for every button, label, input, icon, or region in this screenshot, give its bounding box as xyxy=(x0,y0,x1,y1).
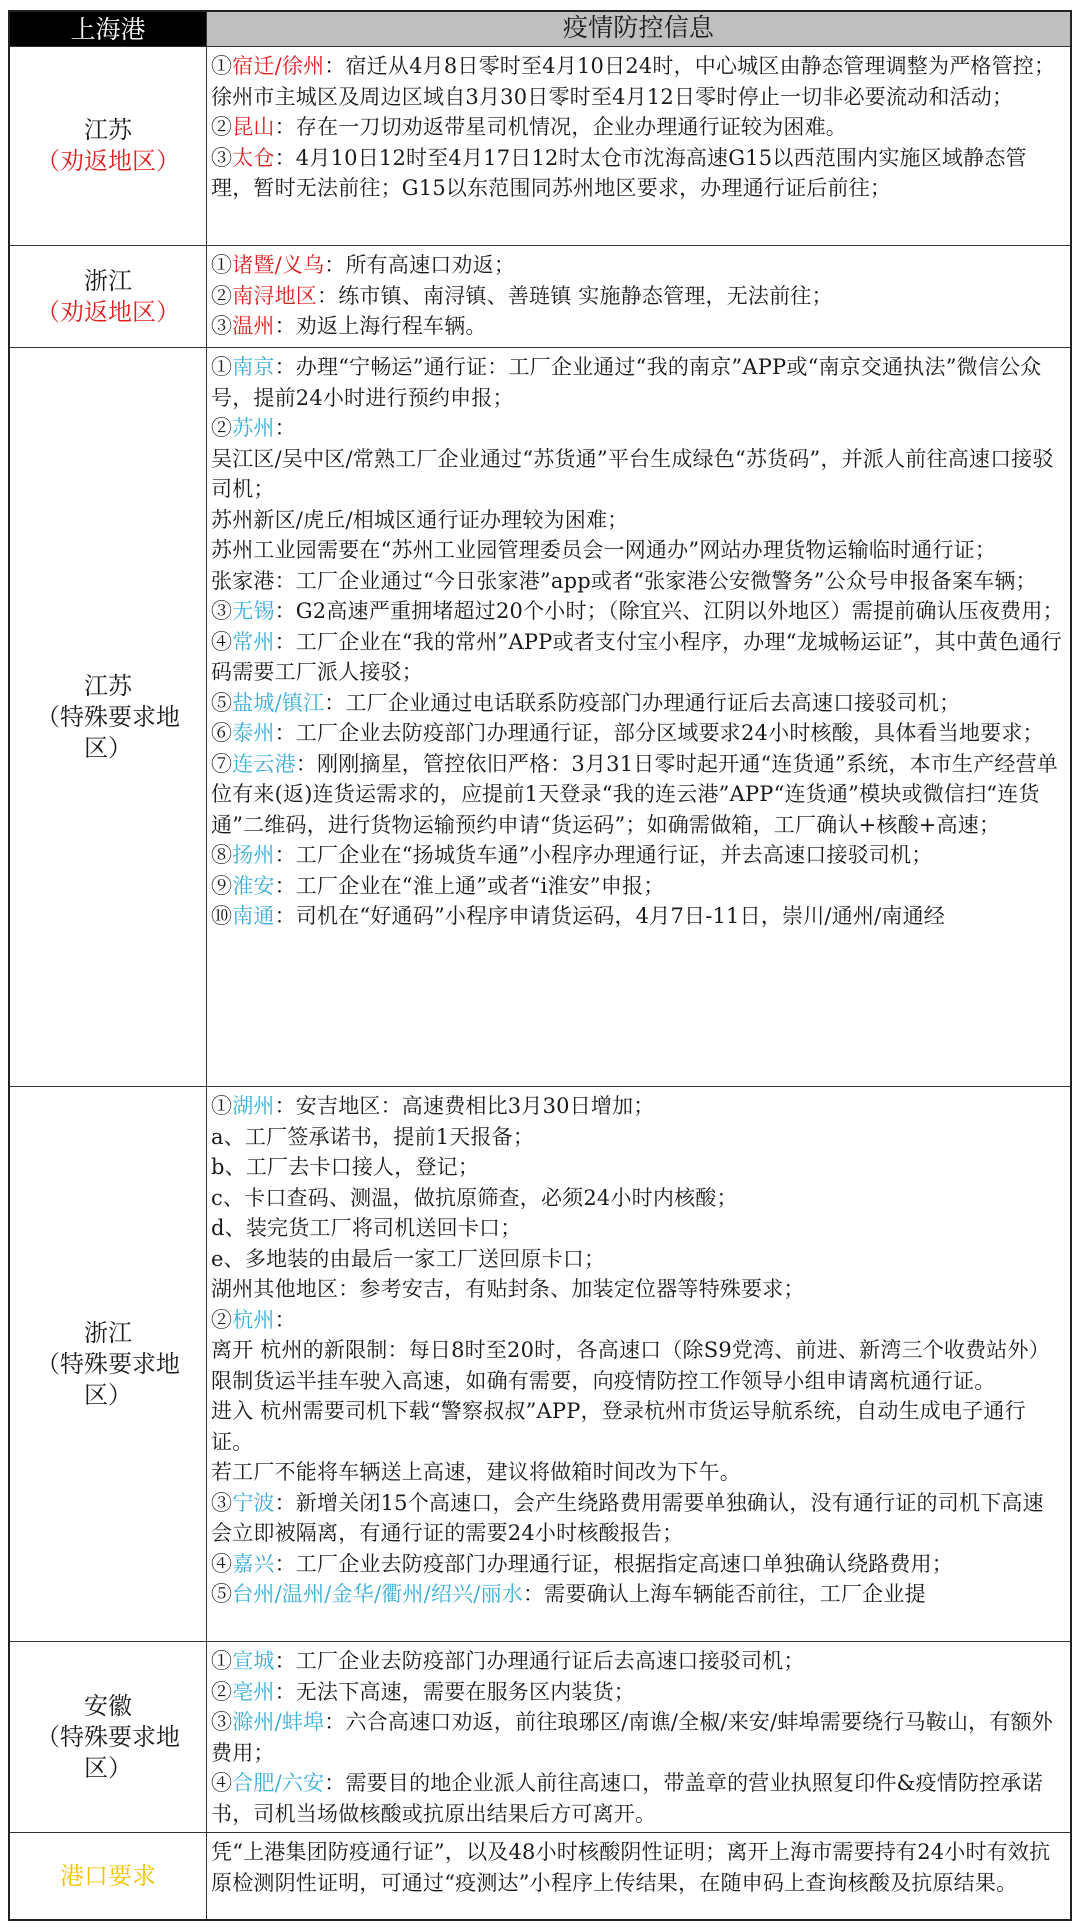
table-header: 上海港 疫情防控信息 xyxy=(10,12,1070,46)
place-name: 泰州 xyxy=(232,721,274,745)
sub-item: 吴江区/吴中区/常熟工厂企业通过“苏货通”平台生成绿色“苏货码”，并派人前往高速… xyxy=(211,444,1064,505)
table-row-anhui-special: 安徽 （特殊要求地区） ①宣城：工厂企业去防疫部门办理通行证后去高速口接驳司机；… xyxy=(10,1641,1070,1832)
list-item: ③滁州/蚌埠：六合高速口劝返，前往琅琊区/南谯/全椒/来安/蚌埠需要绕行马鞍山，… xyxy=(211,1707,1064,1768)
info-cell: ①诸暨/义乌：所有高速口劝返； ②南浔地区：练市镇、南浔镇、善琏镇 实施静态管理… xyxy=(207,246,1070,347)
info-cell: ①湖州：安吉地区：高速费相比3月30日增加； a、工厂签承诺书，提前1天报备； … xyxy=(207,1087,1070,1641)
sub-item: 苏州工业园需要在“苏州工业园管理委员会一网通办”网站办理货物运输临时通行证； xyxy=(211,535,1064,566)
info-cell: ①宣城：工厂企业去防疫部门办理通行证后去高速口接驳司机； ②亳州：无法下高速，需… xyxy=(207,1642,1070,1832)
list-item: ⑤台州/温州/金华/衢州/绍兴/丽水：需要确认上海车辆能否前往，工厂企业提 xyxy=(211,1579,1064,1610)
place-name: 常州 xyxy=(232,630,274,654)
table-row-jiangsu-special: 江苏 （特殊要求地区） ①南京：办理“宁畅运”通行证：工厂企业通过“我的南京”A… xyxy=(10,347,1070,1086)
list-item: ⑤盐城/镇江：工厂企业通过电话联系防疫部门办理通行证后去高速口接驳司机； xyxy=(211,688,1064,719)
info-cell: ①宿迁/徐州：宿迁从4月8日零时至4月10日24时，中心城区由静态管理调整为严格… xyxy=(207,47,1070,245)
region-category: （特殊要求地区） xyxy=(24,702,192,764)
region-name: 港口要求 xyxy=(60,1861,156,1892)
place-name: 南通 xyxy=(232,904,274,928)
place-name: 昆山 xyxy=(232,115,274,139)
region-name: 江苏 xyxy=(84,671,132,702)
place-name: 盐城/镇江 xyxy=(232,691,324,715)
list-item: ②昆山：存在一刀切劝返带星司机情况，企业办理通行证较为困难。 xyxy=(211,112,1064,143)
place-name: 无锡 xyxy=(232,599,274,623)
region-cell: 浙江 （劝返地区） xyxy=(10,246,207,347)
list-item: ②杭州： xyxy=(211,1305,1064,1336)
place-name: 淮安 xyxy=(232,874,274,898)
region-cell: 安徽 （特殊要求地区） xyxy=(10,1642,207,1832)
place-name: 宿迁/徐州 xyxy=(232,54,324,78)
table-row-jiangsu-return: 江苏 （劝返地区） ①宿迁/徐州：宿迁从4月8日零时至4月10日24时，中心城区… xyxy=(10,46,1070,245)
region-cell: 江苏 （劝返地区） xyxy=(10,47,207,245)
list-item: ⑧扬州：工厂企业在“扬城货车通”小程序办理通行证，并去高速口接驳司机； xyxy=(211,840,1064,871)
place-name: 台州/温州/金华/衢州/绍兴/丽水 xyxy=(232,1582,523,1606)
list-item: ⑥泰州：工厂企业去防疫部门办理通行证，部分区域要求24小时核酸，具体看当地要求； xyxy=(211,718,1064,749)
list-item: ④常州：工厂企业在“我的常州”APP或者支付宝小程序，办理“龙城畅运证”，其中黄… xyxy=(211,627,1064,688)
region-category: （特殊要求地区） xyxy=(24,1349,192,1411)
place-name: 亳州 xyxy=(232,1680,274,1704)
sub-item: b、工厂去卡口接人，登记； xyxy=(211,1152,1064,1183)
sub-item: 张家港：工厂企业通过“今日张家港”app或者“张家港公安微警务”公众号申报备案车… xyxy=(211,566,1064,597)
place-name: 连云港 xyxy=(232,752,296,776)
place-name: 宣城 xyxy=(232,1649,274,1673)
list-item: ③太仓：4月10日12时至4月17日12时太仓市沈海高速G15以西范围内实施区域… xyxy=(211,143,1064,204)
region-name: 浙江 xyxy=(84,1318,132,1349)
region-category: （特殊要求地区） xyxy=(24,1722,192,1784)
port-epidemic-table: 上海港 疫情防控信息 江苏 （劝返地区） ①宿迁/徐州：宿迁从4月8日零时至4月… xyxy=(8,10,1072,1921)
place-name: 嘉兴 xyxy=(232,1552,274,1576)
list-item: ②南浔地区：练市镇、南浔镇、善琏镇 实施静态管理，无法前往； xyxy=(211,281,1064,312)
place-name: 合肥/六安 xyxy=(232,1771,324,1795)
region-name: 浙江 xyxy=(84,266,132,297)
list-item: ②亳州：无法下高速，需要在服务区内装货； xyxy=(211,1677,1064,1708)
place-name: 杭州 xyxy=(232,1308,274,1332)
place-name: 太仓 xyxy=(232,146,274,170)
table-row-zhejiang-special: 浙江 （特殊要求地区） ①湖州：安吉地区：高速费相比3月30日增加； a、工厂签… xyxy=(10,1086,1070,1641)
info-cell: 凭“上港集团防疫通行证”，以及48小时核酸阴性证明；离开上海市需要持有24小时有… xyxy=(207,1833,1070,1919)
place-name: 湖州 xyxy=(232,1094,274,1118)
sub-item: d、装完货工厂将司机送回卡口； xyxy=(211,1213,1064,1244)
place-name: 南京 xyxy=(232,355,274,379)
sub-item: 进入 杭州需要司机下载“警察叔叔”APP，登录杭州市货运导航系统，自动生成电子通… xyxy=(211,1396,1064,1457)
place-name: 苏州 xyxy=(232,416,274,440)
sub-item: 离开 杭州的新限制：每日8时至20时，各高速口（除S9党湾、前进、新湾三个收费站… xyxy=(211,1335,1064,1396)
list-item: ⑨淮安：工厂企业在“淮上通”或者“i淮安”申报； xyxy=(211,871,1064,902)
table-row-port-requirements: 港口要求 凭“上港集团防疫通行证”，以及48小时核酸阴性证明；离开上海市需要持有… xyxy=(10,1832,1070,1919)
region-category: （劝返地区） xyxy=(36,297,180,328)
list-item: ①宣城：工厂企业去防疫部门办理通行证后去高速口接驳司机； xyxy=(211,1646,1064,1677)
list-item: ③温州：劝返上海行程车辆。 xyxy=(211,311,1064,342)
table-row-zhejiang-return: 浙江 （劝返地区） ①诸暨/义乌：所有高速口劝返； ②南浔地区：练市镇、南浔镇、… xyxy=(10,245,1070,347)
list-item: ①宿迁/徐州：宿迁从4月8日零时至4月10日24时，中心城区由静态管理调整为严格… xyxy=(211,51,1064,112)
region-cell: 浙江 （特殊要求地区） xyxy=(10,1087,207,1641)
list-item: ①南京：办理“宁畅运”通行证：工厂企业通过“我的南京”APP或“南京交通执法”微… xyxy=(211,352,1064,413)
sub-item: c、卡口查码、测温，做抗原筛查，必须24小时内核酸； xyxy=(211,1183,1064,1214)
list-item: ①湖州：安吉地区：高速费相比3月30日增加； xyxy=(211,1091,1064,1122)
list-item: ②苏州： xyxy=(211,413,1064,444)
sub-item: 苏州新区/虎丘/相城区通行证办理较为困难； xyxy=(211,505,1064,536)
list-item: ④合肥/六安：需要目的地企业派人前往高速口，带盖章的营业执照复印件&疫情防控承诺… xyxy=(211,1768,1064,1829)
header-port-name: 上海港 xyxy=(10,12,207,46)
header-info-title: 疫情防控信息 xyxy=(207,12,1070,46)
list-item: ③无锡：G2高速严重拥堵超过20个小时；（除宜兴、江阴以外地区）需提前确认压夜费… xyxy=(211,596,1064,627)
place-name: 温州 xyxy=(232,314,274,338)
list-item: ①诸暨/义乌：所有高速口劝返； xyxy=(211,250,1064,281)
sub-item: e、多地装的由最后一家工厂送回原卡口； xyxy=(211,1244,1064,1275)
sub-item: a、工厂签承诺书，提前1天报备； xyxy=(211,1122,1064,1153)
port-requirement-text: 凭“上港集团防疫通行证”，以及48小时核酸阴性证明；离开上海市需要持有24小时有… xyxy=(211,1837,1064,1898)
sub-item: 湖州其他地区：参考安吉，有贴封条、加装定位器等特殊要求； xyxy=(211,1274,1064,1305)
list-item: ③宁波：新增关闭15个高速口，会产生绕路费用需要单独确认，没有通行证的司机下高速… xyxy=(211,1488,1064,1549)
place-name: 南浔地区 xyxy=(232,284,317,308)
region-category: （劝返地区） xyxy=(36,146,180,177)
sub-item: 若工厂不能将车辆送上高速，建议将做箱时间改为下午。 xyxy=(211,1457,1064,1488)
place-name: 诸暨/义乌 xyxy=(232,253,324,277)
info-cell: ①南京：办理“宁畅运”通行证：工厂企业通过“我的南京”APP或“南京交通执法”微… xyxy=(207,348,1070,1086)
list-item: ⑦连云港：刚刚摘星，管控依旧严格：3月31日零时起开通“连货通”系统，本市生产经… xyxy=(211,749,1064,841)
region-cell: 港口要求 xyxy=(10,1833,207,1919)
list-item: ④嘉兴：工厂企业去防疫部门办理通行证，根据指定高速口单独确认绕路费用； xyxy=(211,1549,1064,1580)
list-item: ⑩南通：司机在“好通码”小程序申请货运码，4月7日-11日，崇川/通州/南通经 xyxy=(211,901,1064,932)
place-name: 滁州/蚌埠 xyxy=(232,1710,324,1734)
region-cell: 江苏 （特殊要求地区） xyxy=(10,348,207,1086)
place-name: 扬州 xyxy=(232,843,274,867)
place-name: 宁波 xyxy=(232,1491,274,1515)
region-name: 安徽 xyxy=(84,1691,132,1722)
region-name: 江苏 xyxy=(84,115,132,146)
